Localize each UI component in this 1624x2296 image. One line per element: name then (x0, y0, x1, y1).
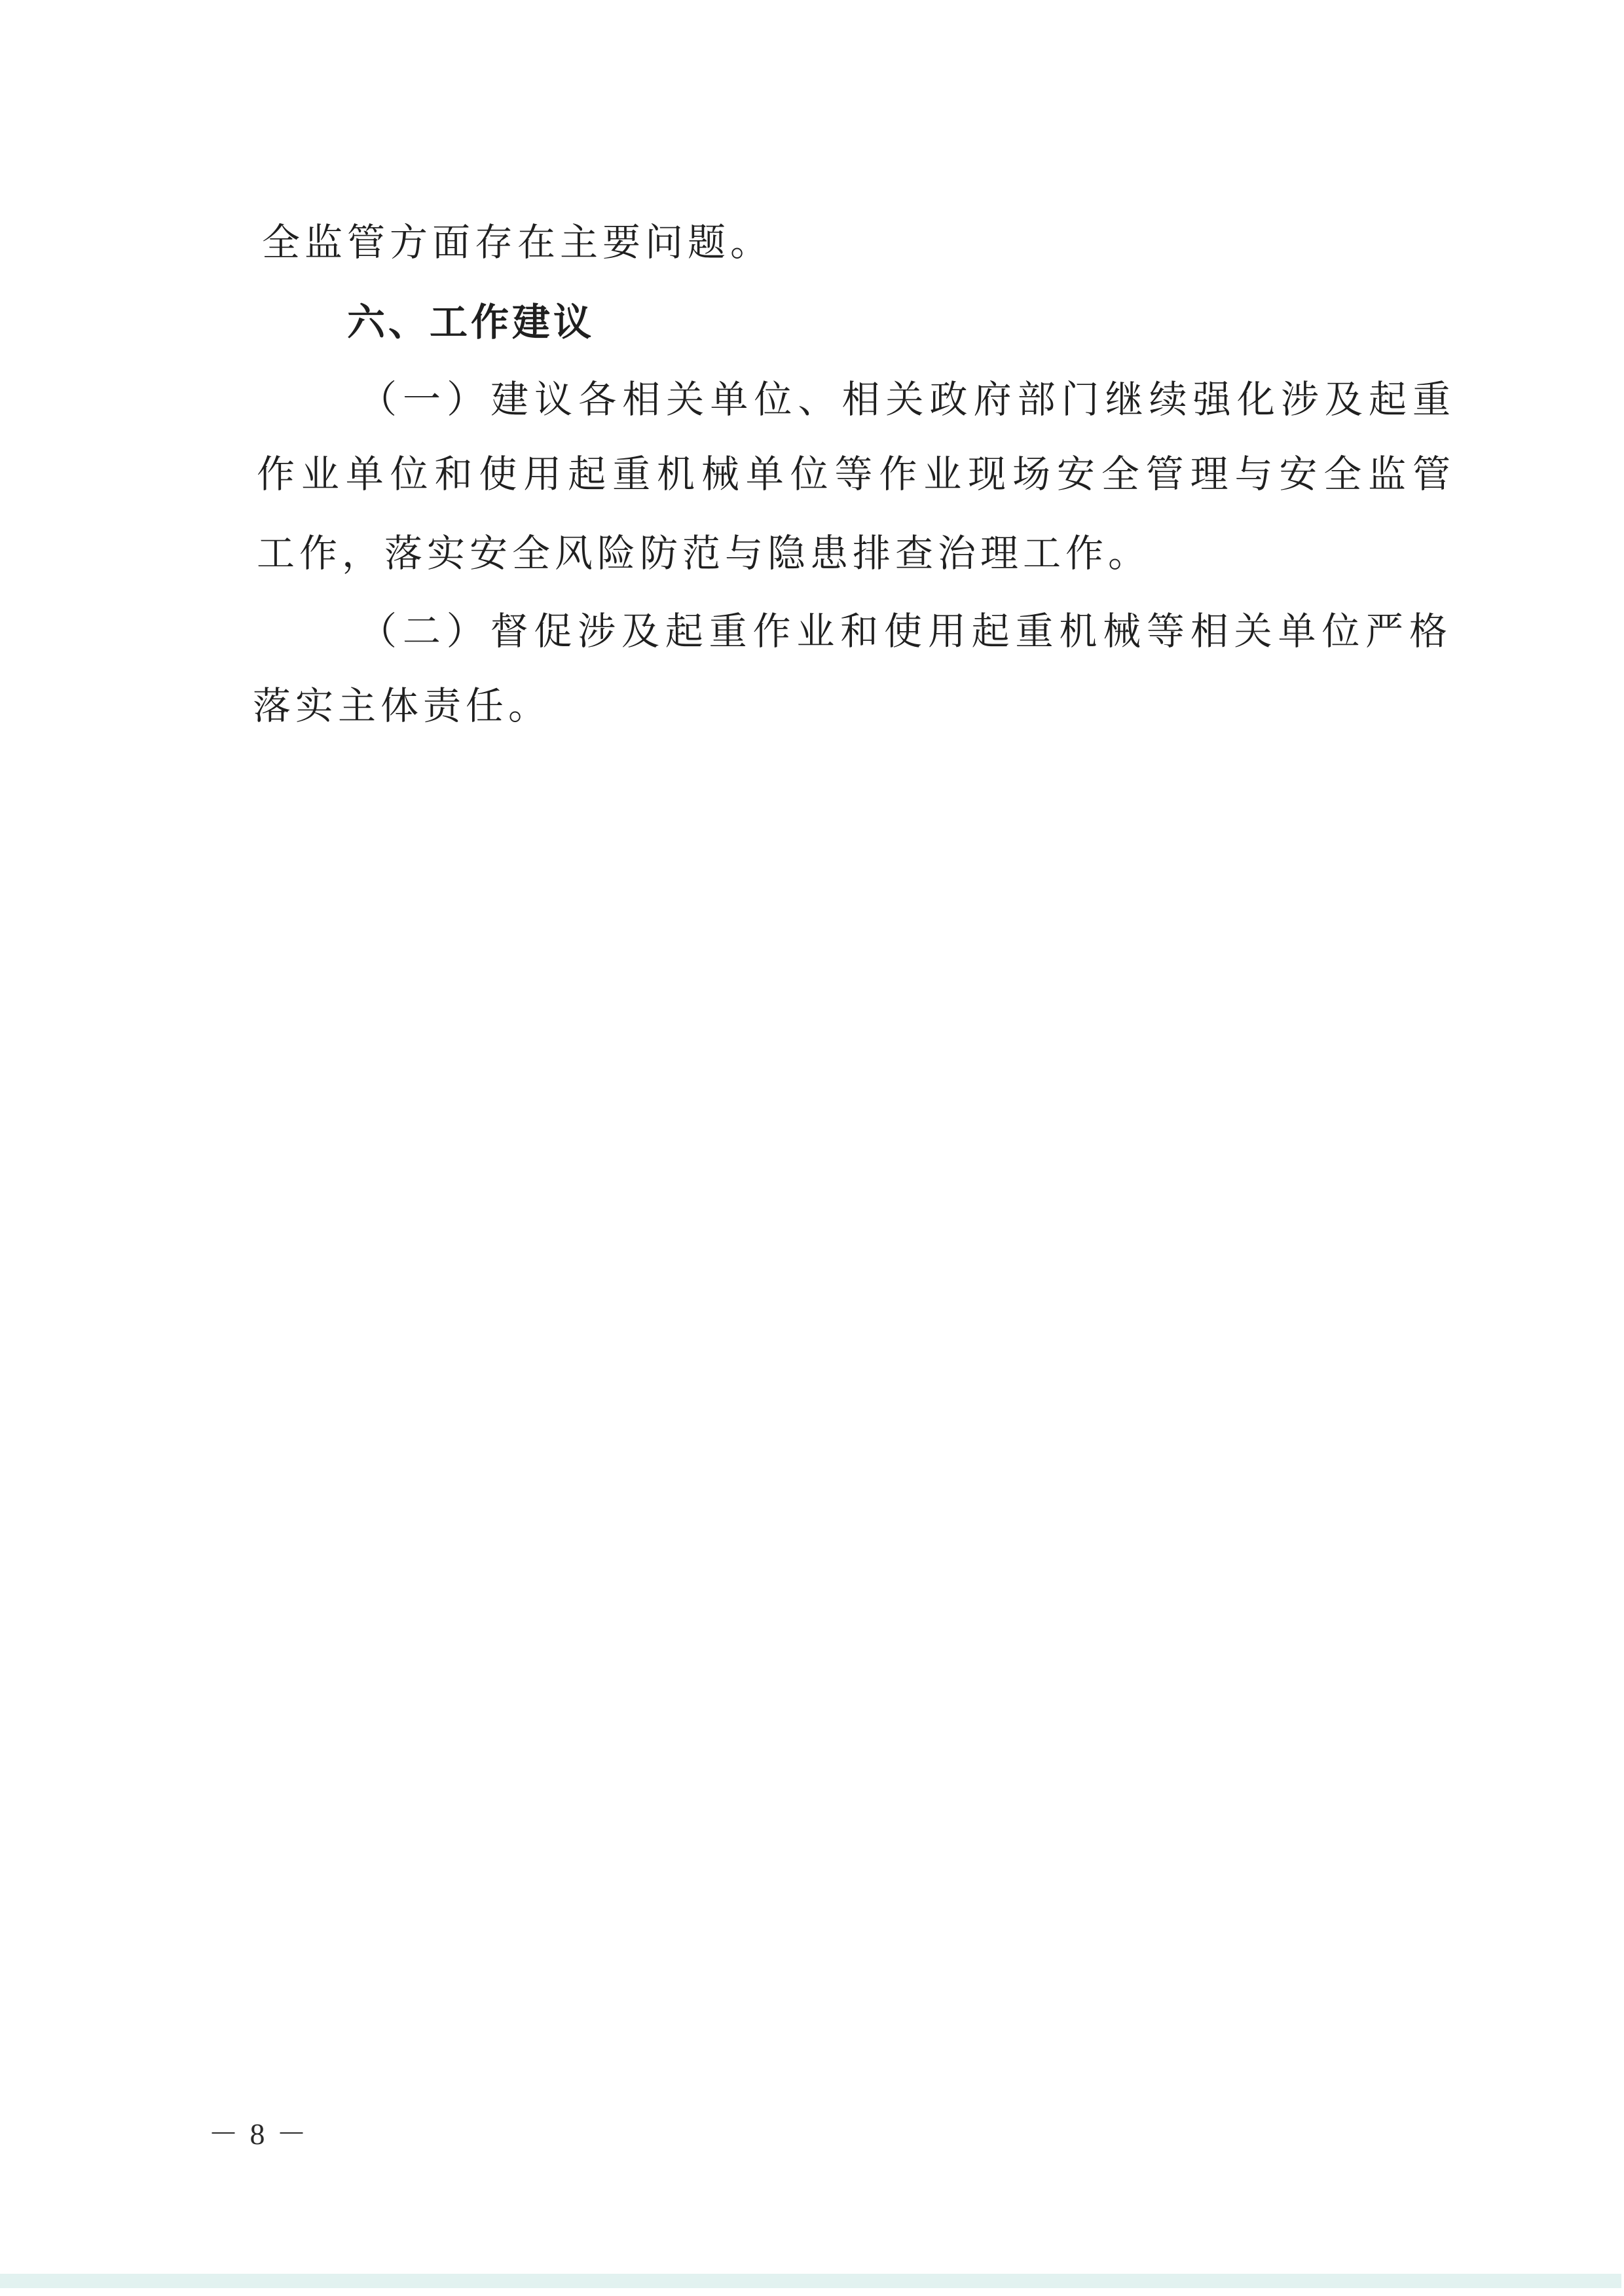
item-2-line-1: （二）督促涉及起重作业和使用起重机械等相关单位严格 (359, 610, 1447, 652)
document-page: 全监管方面存在主要问题。 六、工作建议 （一）建议各相关单位、相关政府部门继续强… (0, 0, 1624, 2296)
item-1-line-3: 工作，落实安全风险防范与隐患排查治理工作。 (257, 532, 1151, 574)
section-heading: 六、工作建议 (347, 301, 595, 343)
scan-edge-strip (0, 2274, 1621, 2288)
item-2-line-2: 落实主体责任。 (253, 685, 551, 727)
item-1-line-1: （一）建议各相关单位、相关政府部门继续强化涉及起重 (359, 378, 1450, 420)
item-1-line-2: 作业单位和使用起重机械单位等作业现场安全管理与安全监管 (257, 453, 1450, 495)
paragraph-continuation-line: 全监管方面存在主要问题。 (262, 221, 773, 263)
page-number: － 8 － (208, 2116, 306, 2153)
